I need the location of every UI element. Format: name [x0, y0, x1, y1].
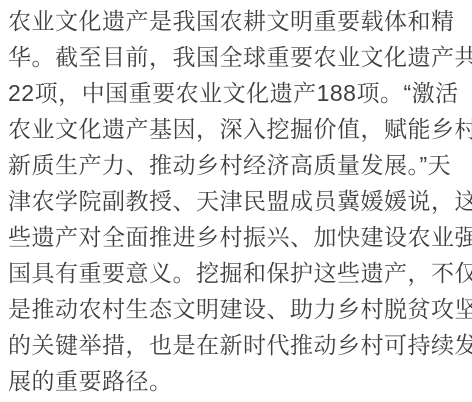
- text-line: 是推动农村生态文明建设、助力乡村脱贫攻坚: [8, 291, 468, 327]
- text-line: 农业文化遗产基因，深入挖掘价值，赋能乡村: [8, 111, 468, 147]
- text-line: 农业文化遗产是我国农耕文明重要载体和精: [8, 3, 468, 39]
- text-line: 津农学院副教授、天津民盟成员冀媛媛说，这: [8, 183, 468, 219]
- text-line: 的关键举措，也是在新时代推动乡村可持续发: [8, 327, 468, 363]
- text-line: 国具有重要意义。挖掘和保护这些遗产，不仅: [8, 255, 468, 291]
- text-line: 展的重要路径。: [8, 363, 468, 399]
- article-body: 农业文化遗产是我国农耕文明重要载体和精 华。截至目前，我国全球重要农业文化遗产共…: [0, 0, 472, 399]
- text-line: 些遗产对全面推进乡村振兴、加快建设农业强: [8, 219, 468, 255]
- text-line: 新质生产力、推动乡村经济高质量发展。”天: [8, 147, 468, 183]
- text-line: 华。截至目前，我国全球重要农业文化遗产共: [8, 39, 468, 75]
- text-line: 22项，中国重要农业文化遗产188项。“激活: [8, 75, 468, 111]
